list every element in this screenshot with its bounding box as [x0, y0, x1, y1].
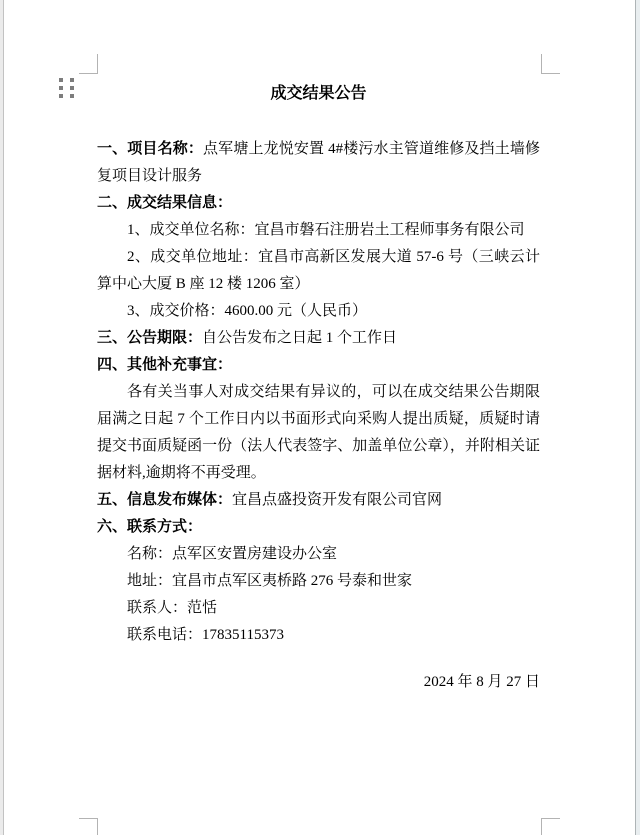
section-label: 二、成交结果信息：: [97, 195, 232, 211]
para-contact-phone: 联系电话：17835115373: [97, 622, 540, 649]
text-boundary-mark-top-right: [541, 54, 560, 74]
text-boundary-mark-bottom-left: [79, 818, 98, 835]
section-text: 各有关当事人对成交结果有异议的，可以在成交结果公告期限届满之日起 7 个工作日内…: [97, 384, 540, 481]
section-label: 四、其他补充事宜：: [97, 357, 232, 373]
window-right-edge: [635, 0, 640, 835]
para-contact-person: 联系人：范恬: [97, 595, 540, 622]
document-page: 成交结果公告 一、项目名称：点军塘上龙悦安置 4#楼污水主管道维修及挡土墙修复项…: [0, 0, 640, 835]
text-boundary-mark-bottom-right: [541, 818, 560, 835]
section-text: 2、成交单位地址：宜昌市高新区发展大道 57-6 号（三峡云计算中心大厦 B 座…: [97, 249, 540, 292]
document-title: 成交结果公告: [97, 81, 540, 107]
section-text: 联系人：范恬: [127, 600, 217, 616]
section-text: 地址：宜昌市点军区夷桥路 276 号泰和世家: [127, 573, 412, 589]
para-project-name: 一、项目名称：点军塘上龙悦安置 4#楼污水主管道维修及挡土墙修复项目设计服务: [97, 136, 540, 190]
para-price: 3、成交价格：4600.00 元（人民币）: [97, 298, 540, 325]
document-date: 2024 年 8 月 27 日: [97, 669, 540, 696]
section-text: 宜昌点盛投资开发有限公司官网: [232, 492, 442, 508]
section-text: 1、成交单位名称：宜昌市磐石注册岩土工程师事务有限公司: [127, 222, 525, 238]
section-text: 自公告发布之日起 1 个工作日: [202, 330, 397, 346]
section-text: 3、成交价格：4600.00 元（人民币）: [127, 303, 367, 319]
para-publish-media: 五、信息发布媒体：宜昌点盛投资开发有限公司官网: [97, 487, 540, 514]
text-boundary-mark-top-left: [79, 54, 98, 74]
window-left-edge: [0, 0, 4, 835]
para-notice-period: 三、公告期限：自公告发布之日起 1 个工作日: [97, 325, 540, 352]
section-label: 五、信息发布媒体：: [97, 492, 232, 508]
document-body: 成交结果公告 一、项目名称：点军塘上龙悦安置 4#楼污水主管道维修及挡土墙修复项…: [97, 73, 540, 696]
para-contact-heading: 六、联系方式：: [97, 514, 540, 541]
para-other-matters-heading: 四、其他补充事宜：: [97, 352, 540, 379]
section-label: 六、联系方式：: [97, 519, 202, 535]
para-contact-name: 名称：点军区安置房建设办公室: [97, 541, 540, 568]
section-label: 一、项目名称：: [97, 141, 203, 157]
section-label: 三、公告期限：: [97, 330, 202, 346]
drag-handle-icon[interactable]: [59, 78, 74, 98]
section-text: 名称：点军区安置房建设办公室: [127, 546, 337, 562]
para-contact-address: 地址：宜昌市点军区夷桥路 276 号泰和世家: [97, 568, 540, 595]
section-text: 联系电话：17835115373: [127, 627, 284, 643]
para-objection-text: 各有关当事人对成交结果有异议的，可以在成交结果公告期限届满之日起 7 个工作日内…: [97, 379, 540, 487]
para-result-info-heading: 二、成交结果信息：: [97, 190, 540, 217]
para-winner-address: 2、成交单位地址：宜昌市高新区发展大道 57-6 号（三峡云计算中心大厦 B 座…: [97, 244, 540, 298]
para-winner-name: 1、成交单位名称：宜昌市磐石注册岩土工程师事务有限公司: [97, 217, 540, 244]
